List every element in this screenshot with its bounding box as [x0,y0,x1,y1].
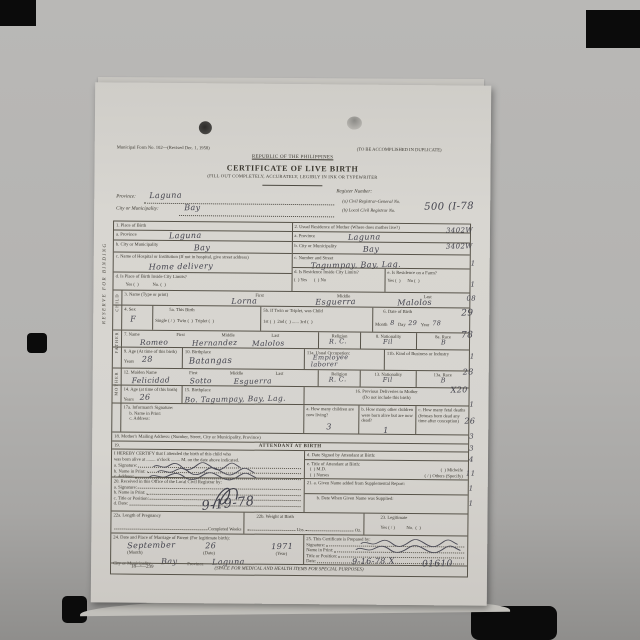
dob-year-label: Year [421,322,430,328]
section-mother-residence: 2. Usual Residence of Mother (Where does… [291,223,470,293]
mother-nationality-value: Fil [383,377,393,385]
this-birth-label: 5a. This Birth [155,307,258,313]
weight-label: 22b. Weight at Birth [246,514,293,519]
row-sex-birth-date: 4. SexF 5a. This BirthSingle ( / ) Twin … [113,304,469,332]
section-place-of-birth: 1. Place of Birth a. ProvinceLaguna b. C… [113,221,291,291]
length-pregnancy-label: 22a. Length of Pregnancy [113,512,161,517]
row-informant-deliveries: 17a. Informant's Signature: b. Name in P… [112,402,468,434]
scan-artifact [62,596,87,623]
hospital-label: c. Name of Hospital or Institution (If n… [116,253,249,259]
header-last: Last [275,371,283,377]
row-marriage-prepared: 24. Date and Place of Marriage of Parent… [111,532,467,565]
father-race-value: B [441,339,446,347]
given-name-date-label: b. Date When Given Name was Supplied: [305,493,468,513]
fetal-deaths-label: c. How many fetal deaths (fetuses born d… [418,407,465,423]
side-label-mother: MOTHER [114,371,119,395]
received-date-label: d. Date: [114,500,129,506]
dob-month-label: Month [375,322,387,328]
years-label: Years [123,396,133,402]
father-religion-value: R. C. [329,338,347,346]
margin-code: 3 [469,445,474,453]
form-number: Municipal Form No. 102—(Revised Dec. 1, … [117,144,210,150]
margin-code: 3 [469,433,474,441]
divider [262,185,322,187]
occupation-value-2: laborer [311,361,338,369]
hospital-value: Home delivery [149,261,214,272]
city-label: City or Municipality: [116,206,159,213]
children-living-value: 3 [326,422,332,432]
row-footer: 18——239 (SPACE FOR MEDICAL AND HEALTH IT… [111,562,467,576]
twin-label: 5b. If Twin or Triplet, was Child [263,308,370,314]
province-label: Province: [116,194,136,200]
street-label: c. Number and Street [294,255,333,260]
scan-artifact [586,10,640,48]
side-label-father: FATHER [114,331,119,353]
father-age-label: 9. Age (At time of this birth) [124,349,177,354]
marriage-month-value: September [127,540,175,550]
residence-limits-label: d. Is Residence Inside City Limits? [294,269,359,275]
oz-label: Oz. [355,527,362,533]
header-first: First [176,332,184,338]
residence-province-label: a. Province [294,233,315,238]
margin-code: 1 [469,500,474,508]
residence-limits-options: ( ) Yes ( ) No [294,277,382,283]
farm-label: e. Is Residence on a Farm? [387,270,437,275]
reg-b-label: (b) Local Civil Registrar No. [342,207,395,213]
certificate-page: Municipal Form No. 102—(Revised Dec. 1, … [91,82,492,605]
given-name-added-label: 21. a. Given Name added from Supplementa… [305,479,468,494]
reg-b-value: 500 (I-78 [424,201,474,213]
years-label: Years [124,358,134,364]
dob-year-value: 78 [432,320,441,328]
signature-scribble [354,545,462,554]
option-nurses: ( ) Nurses [310,472,329,478]
side-label-child: CHILD [114,293,119,311]
province-value: Laguna [149,191,182,201]
residence-city-label: b. City or Municipality [294,243,336,248]
dotted-line [144,203,334,206]
father-birthplace-value: Batangas [189,356,233,367]
twin-options: 1st ( ) 2nd ( ) ...... 3rd ( ) [263,318,370,324]
father-age-value: 28 [142,354,153,364]
business-label: 11b. Kind of Business or Industry [384,350,469,371]
register-number-label: Register Number: [336,189,372,196]
margin-code: 1 [470,281,475,289]
legitimate-label: 23. Legitimate [366,515,465,521]
city-limits-label: d. Is Place of Birth Inside City Limits? [116,273,187,279]
maiden-name-label: 12. Maiden Name [124,370,157,376]
mother-religion-value: R. C. [329,376,347,384]
dob-day-label: Day [398,322,406,328]
dotted-line [179,215,334,217]
place-province-label: a. Province [116,231,137,236]
footer-center-note: (SPACE FOR MEDICAL AND HEALTH ITEMS FOR … [111,565,467,574]
father-birthplace-label: 10. Birthplace [185,349,211,354]
row-place-and-residence: 1. Place of Birth a. ProvinceLaguna b. C… [113,221,470,292]
scan-artifact [0,0,36,26]
mother-last-name: Esguerra [234,376,272,386]
birth-certificate-form: 1. Place of Birth a. ProvinceLaguna b. C… [110,220,471,577]
farm-options: Yes ( ) No ( ) [387,277,467,283]
row-attendant-body: I HEREBY CERTIFY that I attended the bir… [112,448,468,479]
father-nationality-value: Fil [383,339,393,347]
mother-age-label: 14. Age (at time of this birth) [124,387,178,392]
row-pregnancy-weight-legitimate: 22a. Length of PregnancyCompleted Weeks … [111,510,467,535]
reg-a-label: (a) Civil Registrar-General No. [342,198,400,204]
margin-code: 1 [470,353,475,361]
mother-first-name: Felicidad [132,375,170,385]
father-first-name: Romeo [140,338,168,347]
previous-deliveries-note: (Do not include this birth) [363,394,411,399]
completed-weeks-label: Completed Weeks [208,526,241,532]
scanned-birth-certificate: { "header": { "form_no": "Municipal Form… [0,0,640,640]
prepared-date-label: Date: [306,558,316,564]
header-last: Last [271,333,279,339]
father-name-label: 7. Name [124,332,140,338]
legitimate-options: Yes ( / ) No. ( ) [366,524,465,530]
this-birth-options: Single ( / ) Twin ( ) Triplet ( ) [155,317,258,323]
mother-age-value: 26 [140,392,151,402]
row-received-supplemental: 20. Received in this Office of the Local… [112,476,468,513]
header-middle: Middle [230,370,243,376]
margin-code: 1 [471,260,476,268]
dob-label: 6. Date of Birth [375,309,467,315]
lbs-label: Lbs. [297,527,305,533]
marriage-day-value: 26 [205,541,216,551]
sex-value: F [130,315,136,325]
reserve-for-binding-label: RESERVE FOR BINDING [102,242,108,324]
option-others: ( / ) Others (Specify) [425,473,463,479]
duplicate-note: (TO BE ACCOMPLISHED IN DUPLICATE) [357,147,442,153]
dob-day-value: 29 [409,319,418,327]
mother-race-value: B [441,377,446,385]
child-name-label: 3. Name (Type or print) [122,291,218,306]
bottom-code: 01610 [422,559,453,570]
mother-birthplace-label: 15. Birthplace [185,387,211,392]
city-limits-options: Yes ( ) No. ( ) [115,281,289,288]
margin-code: 1 [469,485,474,493]
mother-middle-name: Sotto [190,376,212,385]
informant-address-label: c. Address: [123,416,301,423]
margin-code: 4 [469,456,474,464]
marriage-year-value: 1971 [271,541,293,551]
scan-artifact [27,333,47,353]
children-living-label: a. How many children are now living? [306,406,354,417]
city-value: Bay [184,203,201,212]
father-last-name: Malolos [252,339,285,349]
sex-label: 4. Sex [124,307,136,312]
dob-month-value: 8 [390,319,395,327]
margin-code: 1 [469,401,474,409]
punch-hole [347,116,362,129]
header-first: First [189,370,197,376]
punch-hole [199,121,212,134]
republic-line: REPUBLIC OF THE PHILIPPINES [95,153,491,163]
children-dead-label: b. How many other children were born ali… [361,407,413,423]
place-city-label: b. City or Municipality [116,241,158,246]
